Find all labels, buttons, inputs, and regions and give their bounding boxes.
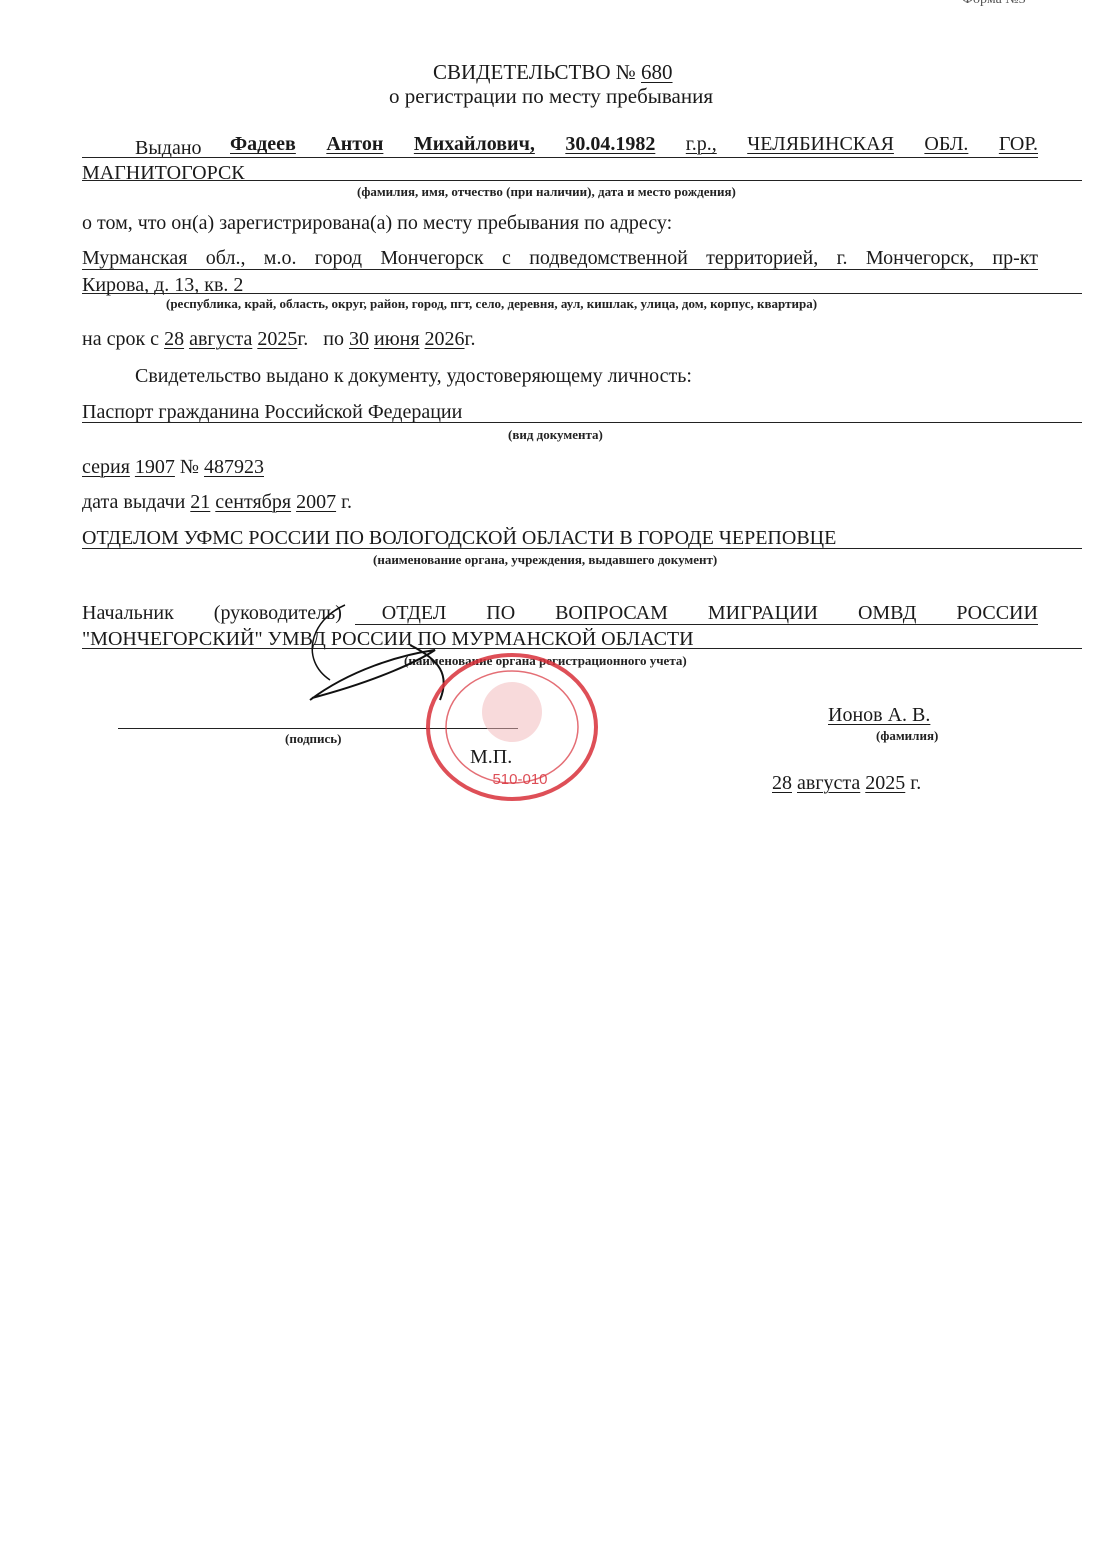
registration-term: на срок с 28 августа 2025г. по 30 июня 2… bbox=[82, 328, 475, 351]
issued-to-word: ЧЕЛЯБИНСКАЯ bbox=[747, 133, 894, 156]
authority-word: РОССИИ bbox=[956, 602, 1038, 625]
authority-word: ВОПРОСАМ bbox=[555, 602, 668, 625]
address-word: пр-кт bbox=[992, 247, 1038, 270]
address-word: территорией, bbox=[706, 247, 818, 270]
certificate-subtitle: о регистрации по месту пребывания bbox=[389, 84, 713, 109]
officer-caption: (фамилия) bbox=[876, 728, 938, 744]
issued-to-word: Фадеев bbox=[230, 133, 296, 156]
issued-to-caption: (фамилия, имя, отчество (при наличии), д… bbox=[357, 184, 736, 200]
address-row1: Мурманскаяобл.,м.о.городМончегорсксподве… bbox=[82, 247, 1038, 270]
certificate-title: СВИДЕТЕЛЬСТВО № 680 bbox=[433, 60, 673, 85]
issued-to-word: г.р., bbox=[686, 133, 717, 156]
identity-doc-intro: Свидетельство выдано к документу, удосто… bbox=[135, 365, 692, 388]
identity-doc-type: Паспорт гражданина Российской Федерации bbox=[82, 401, 462, 424]
issued-to-word: Антон bbox=[326, 133, 383, 156]
address-word: м.о. bbox=[264, 247, 297, 270]
authority-word: ОМВД bbox=[858, 602, 916, 625]
issued-to-row1: ФадеевАнтонМихайлович,30.04.1982г.р.,ЧЕЛ… bbox=[230, 133, 1038, 156]
address-word: обл., bbox=[206, 247, 246, 270]
official-stamp-icon: 510-010 bbox=[425, 652, 600, 802]
authority-word: МИГРАЦИИ bbox=[708, 602, 818, 625]
address-word: Мончегорск bbox=[380, 247, 483, 270]
signature-date: 28 августа 2025 г. bbox=[772, 772, 921, 795]
form-label: Форма №5 bbox=[962, 0, 1026, 8]
issued-to-word: ГОР. bbox=[999, 133, 1038, 156]
issued-to-word: Михайлович, bbox=[414, 133, 535, 156]
certificate-number: 680 bbox=[641, 60, 673, 84]
address-caption: (республика, край, область, округ, район… bbox=[166, 296, 817, 312]
officer-name: Ионов А. В. bbox=[828, 704, 930, 727]
registration-intro: о том, что он(а) зарегистрирована(а) по … bbox=[82, 212, 672, 235]
passport-issuer-caption: (наименование органа, учреждения, выдавш… bbox=[373, 552, 717, 568]
address-word: Мончегорск, bbox=[866, 247, 974, 270]
issued-to-word: ОБЛ. bbox=[924, 133, 968, 156]
birth-place-continued: МАГНИТОГОРСК bbox=[82, 162, 245, 185]
svg-text:510-010: 510-010 bbox=[492, 771, 547, 788]
address-word: с bbox=[502, 247, 511, 270]
authority-word: ПО bbox=[486, 602, 515, 625]
address-word: г. bbox=[837, 247, 848, 270]
authority-row1: Начальник(руководитель)ОТДЕЛПОВОПРОСАММИ… bbox=[82, 602, 1038, 625]
authority-word: Начальник bbox=[82, 602, 174, 625]
stamp-placeholder: М.П. bbox=[470, 746, 512, 769]
issued-to-word: 30.04.1982 bbox=[565, 133, 655, 156]
identity-doc-type-caption: (вид документа) bbox=[508, 427, 603, 443]
address-word: Мурманская bbox=[82, 247, 187, 270]
signature-caption: (подпись) bbox=[285, 731, 341, 747]
address-word: город bbox=[315, 247, 362, 270]
address-word: подведомственной bbox=[529, 247, 688, 270]
passport-series-number: серия 1907 № 487923 bbox=[82, 456, 264, 479]
passport-issuer: ОТДЕЛОМ УФМС РОССИИ ПО ВОЛОГОДСКОЙ ОБЛАС… bbox=[82, 527, 836, 550]
passport-issue-date: дата выдачи 21 сентября 2007 г. bbox=[82, 491, 352, 514]
